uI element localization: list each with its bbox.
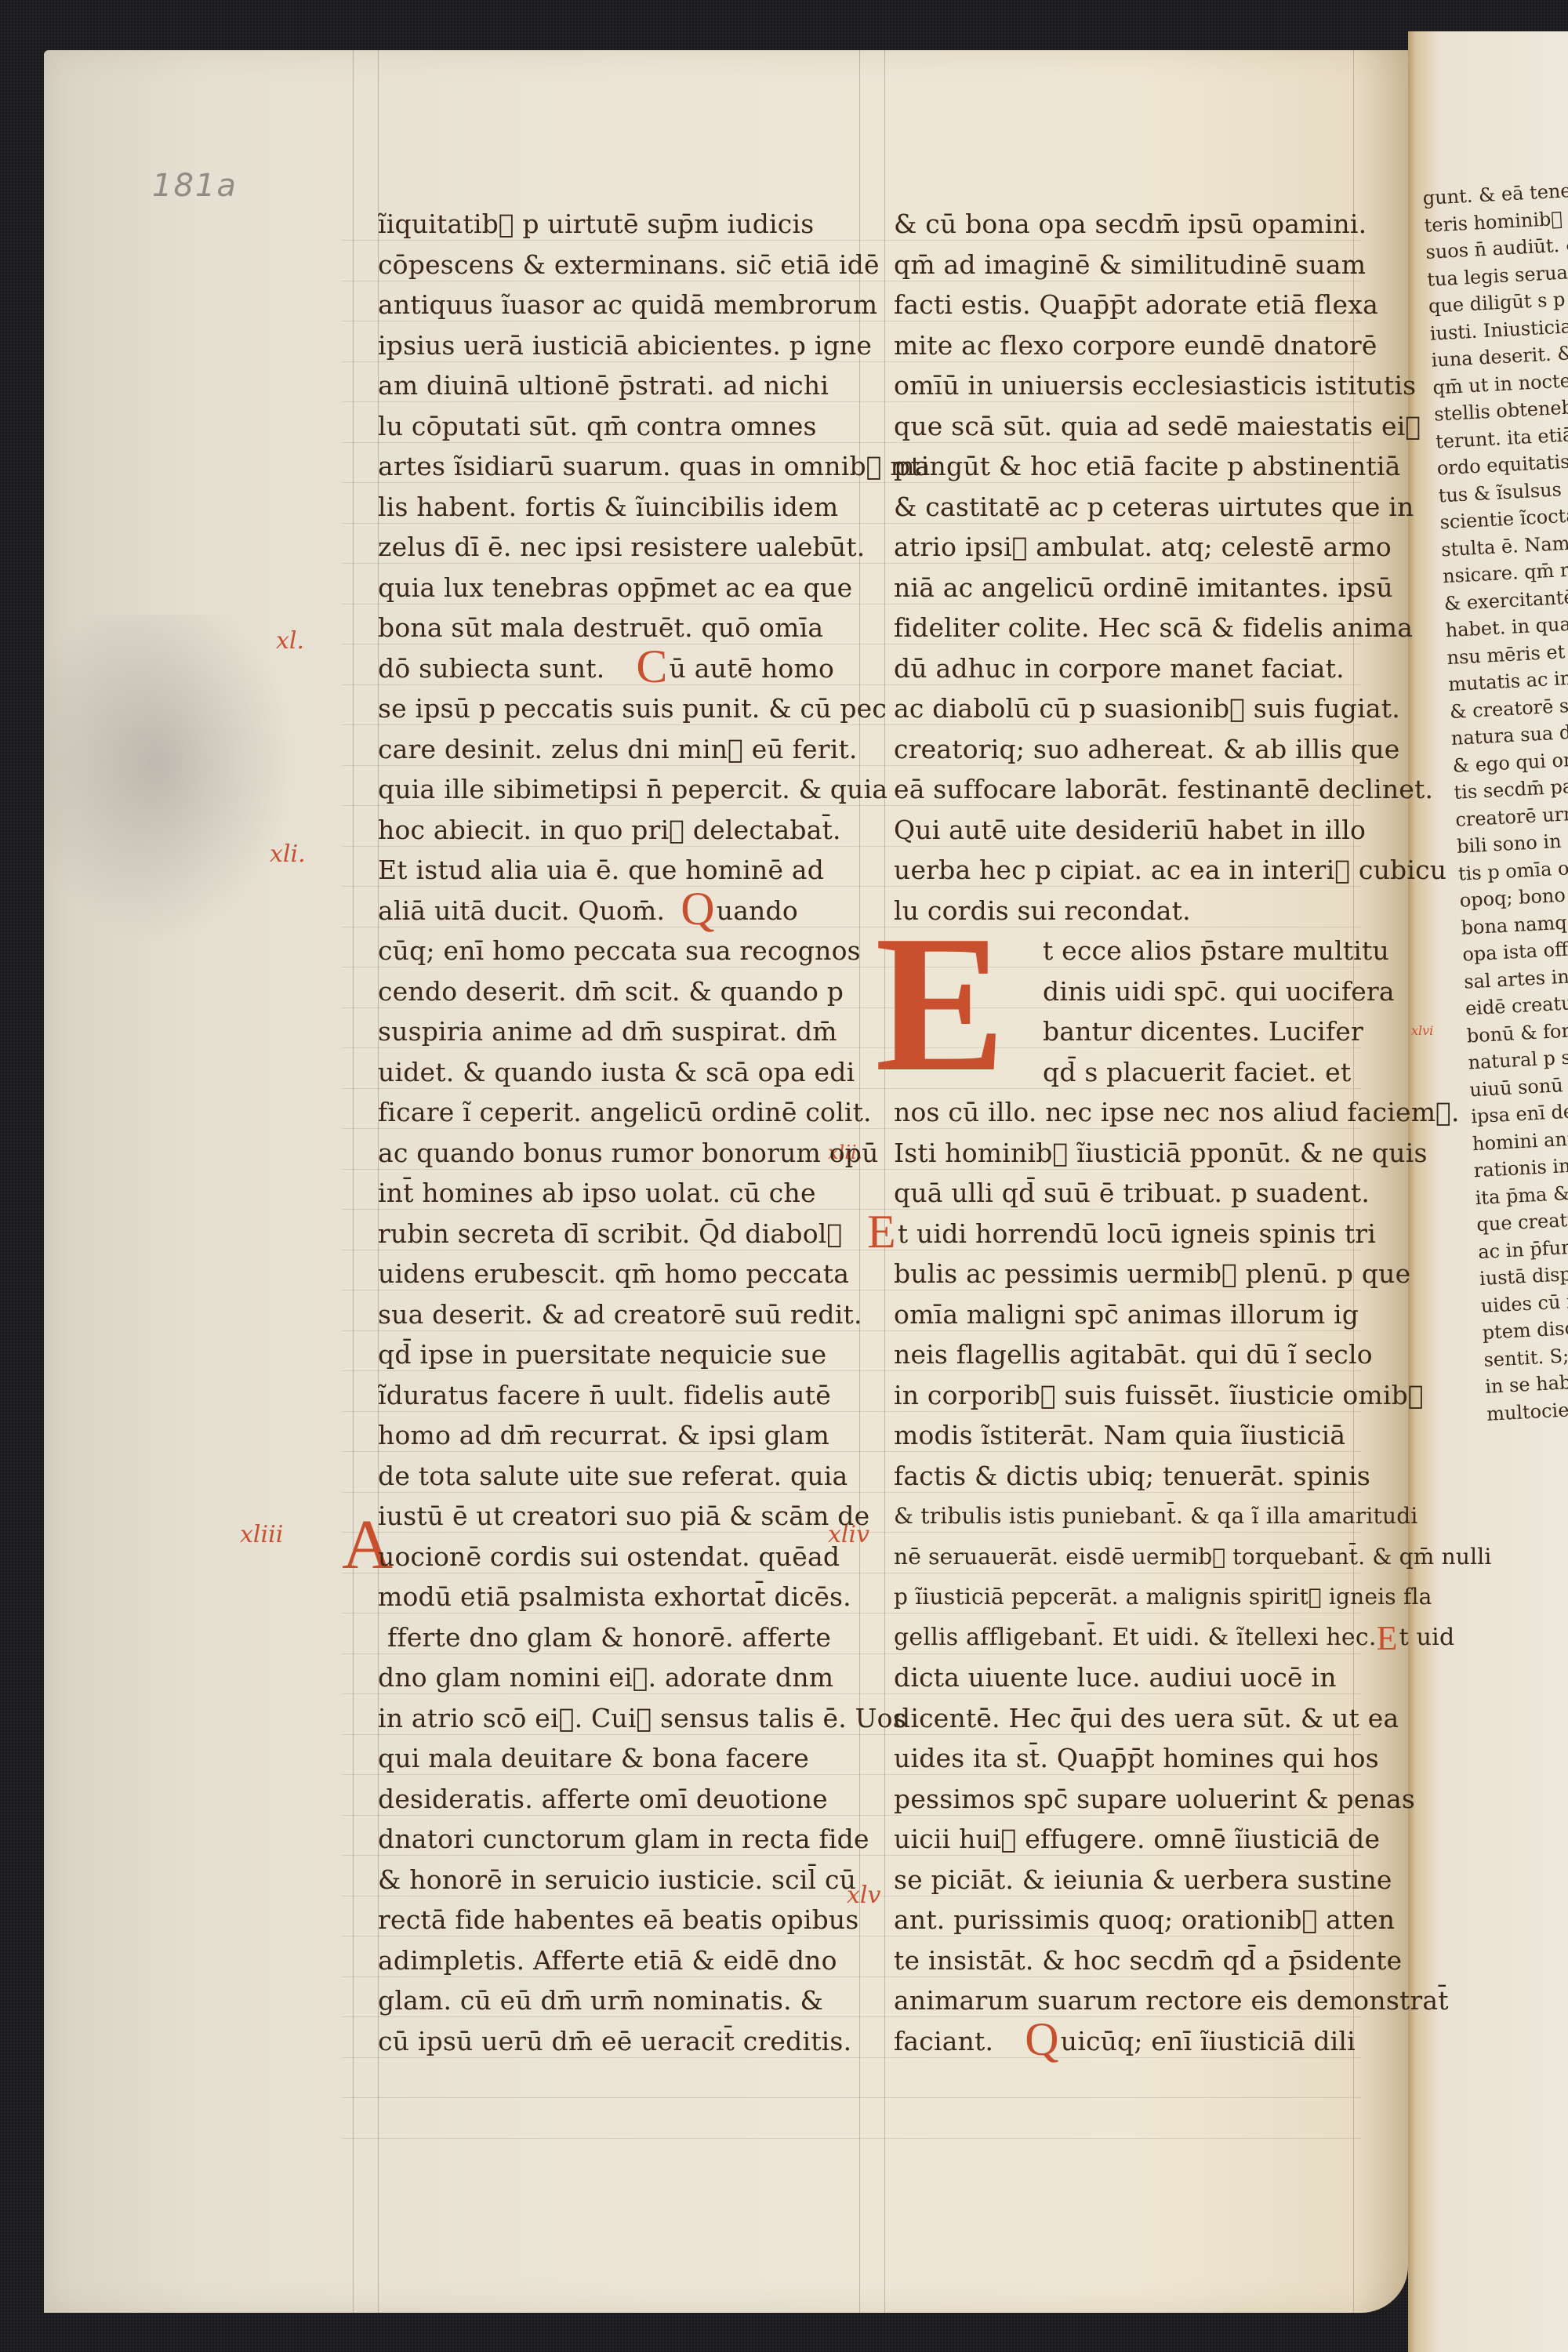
text-line: Qui autē uite desideriū habet in illo [894, 810, 1356, 851]
text-line: rubin secreta dī scribit. Q̄d diabol᷒ [378, 1214, 859, 1254]
text-line: quia lux tenebras opp̄met ac ea que [378, 568, 859, 608]
text-line: uocionē cordis sui ostendat. quēad [378, 1537, 859, 1577]
text-line: se piciāt. & ieiunia & uerbera sustine [894, 1860, 1356, 1900]
text-fragment: uando [717, 895, 798, 926]
text-line: qui mala deuitare & bona facere [378, 1738, 859, 1779]
text-line: pessimos spc̄ supare uoluerint & penas [894, 1779, 1356, 1820]
text-line: hoc abiecit. in quo pri᷒ delectabat̄. [378, 810, 859, 851]
text-line: modis ĩstiterāt. Nam quia ĩiusticiā [894, 1415, 1356, 1456]
text-line: iustū ē ut creatori suo piā & scām de [378, 1496, 859, 1537]
text-line: dinis uidi spc̄. qui uocifera [894, 971, 1356, 1012]
left-column: ĩiquitatib᷒ p uirtutē sup̄m iudiciscōpes… [378, 204, 859, 2061]
ruling-line [353, 50, 354, 2313]
text-line: zelus dī ē. nec ipsi resistere ualebūt. [378, 527, 859, 568]
text-line: dū adhuc in corpore manet faciat. [894, 648, 1356, 689]
text-line: uicii hui᷒ effugere. omnē ĩiusticiā de [894, 1819, 1356, 1860]
text-line: ficare ĩ ceperit. angelicū ordinē colit. [378, 1092, 859, 1133]
text-line: dicta uiuente luce. audiui uocē in [894, 1657, 1356, 1698]
text-line: qm̄ ad imaginē & similitudinē suam [894, 245, 1356, 285]
text-line: rectā fide habentes eā beatis opibus [378, 1900, 859, 1940]
text-line: quia ille sibimetipsi n̄ pepercit. & qui… [378, 769, 859, 810]
text-line: care desinit. zelus dni min᷒ eū ferit. [378, 729, 859, 770]
text-line: dicentē. Hec q̄ui des uera sūt. & ut ea [894, 1698, 1356, 1739]
text-line: dno glam nomini ei᷒. adorate dnm [378, 1657, 859, 1698]
text-line: & tribulis istis puniebant̄. & qa ĩ illa… [894, 1496, 1356, 1537]
text-line: & honorē in seruicio iusticie. scil̄ cū [378, 1860, 859, 1900]
ruling-line [884, 50, 885, 2313]
text-line: ac diabolū cū p suasionib᷒ suis fugiat. [894, 688, 1356, 729]
text-line: neis flagellis agitabāt. qui dū ĩ seclo [894, 1334, 1356, 1375]
ruling-line [342, 2097, 1361, 2098]
text-line: cūq; enī homo peccata sua recognos [378, 931, 859, 971]
text-line: eā suffocare laborāt. festinantē decline… [894, 769, 1356, 810]
text-line: homo ad dm̄ recurrat. & ipsi glam [378, 1415, 859, 1456]
text-line: & castitatē ac p ceteras uirtutes que in [894, 487, 1356, 528]
initial-e: E [867, 1216, 896, 1247]
text-line: antiquus ĩuasor ac quidā membrorum [378, 285, 859, 325]
text-line: gellis affligebant̄. Et uidi. & ĩtellexi… [894, 1617, 1356, 1658]
initial-e-small: E [1377, 1623, 1398, 1654]
text-line: animarum suarum rectore eis demonstrat̄ [894, 1980, 1356, 2021]
text-line: creatoriq; suo adhereat. & ab illis que [894, 729, 1356, 770]
facing-page-text: gunt. & eā tenet. in decteris hominib᷒ a… [1422, 172, 1568, 1428]
text-fragment: t uidi horrendū locū igneis spinis tri [898, 1218, 1376, 1249]
text-line: cū ipsū uerū dm̄ eē ueracit̄ creditis. [378, 2021, 859, 2062]
text-line: nē seruauerāt. eisdē uermib᷒ torquebant̄… [894, 1537, 1356, 1577]
text-line: quā ulli qd̄ suū ē tribuat. p suadent. [894, 1173, 1356, 1214]
text-line: faciant.Quicūq; enī ĩiusticiā dili [894, 2021, 1356, 2062]
marginal-numeral-xli: xli. [270, 840, 306, 868]
text-line: desideratis. afferte omī deuotione [378, 1779, 859, 1820]
text-line: bantur dicentes. Lucifer [894, 1011, 1356, 1052]
text-line: omīū in uniuersis ecclesiasticis istitut… [894, 365, 1356, 406]
text-line: de tota salute uite sue referat. quia [378, 1456, 859, 1497]
text-fragment: ū autē homo [670, 653, 834, 684]
text-line: omīa maligni spc̄ animas illorum ig [894, 1294, 1356, 1335]
text-line: atrio ipsi᷒ ambulat. atq; celestē armo [894, 527, 1356, 568]
text-line: suspiria anime ad dm̄ suspirat. dm̄ [378, 1011, 859, 1052]
text-line: lis habent. fortis & ĩuincibilis idem [378, 487, 859, 528]
text-line: uidens erubescit. qm̄ homo peccata [378, 1254, 859, 1294]
text-line: bona sūt mala destruēt. quō omīa [378, 608, 859, 648]
text-line: facti estis. Quap̄p̄t adorate etiā flexa [894, 285, 1356, 325]
text-line: in corporib᷒ suis fuissēt. ĩiusticie omi… [894, 1375, 1356, 1416]
text-line: cendo deserit. dm̄ scit. & quando p [378, 971, 859, 1012]
text-line: uerba hec p cipiat. ac ea in interi᷒ cub… [894, 850, 1356, 891]
text-line: niā ac angelicū ordinē imitantes. ipsū [894, 568, 1356, 608]
text-fragment: t uid [1399, 1624, 1455, 1651]
text-line: se ipsū p peccatis suis punit. & cū pec [378, 688, 859, 729]
text-line: te insistāt. & hoc secdm̄ qd̄ a p̄sident… [894, 1940, 1356, 1981]
ruling-line [859, 50, 860, 2313]
text-line: artes ĩsidiarū suarum. quas in omnib᷒ ma [378, 446, 859, 487]
text-line: fferte dno glam & honorē. afferte [378, 1617, 859, 1658]
ruling-line [342, 2138, 1361, 2139]
text-line: & cū bona opa secdm̄ ipsū opamini. [894, 204, 1356, 245]
text-line: qd̄ ipse in puersitate nequicie sue [378, 1334, 859, 1375]
text-line: mite ac flexo corpore eundē dnatorē [894, 325, 1356, 366]
marginal-numeral-xliii: xliii [240, 1521, 283, 1548]
marginal-numeral-xlvi: xlvi [1411, 1023, 1433, 1038]
right-column: & cū bona opa secdm̄ ipsū opamini.qm̄ ad… [894, 204, 1356, 2061]
text-line: Isti hominib᷒ ĩiusticiā pponūt. & ne qui… [894, 1133, 1356, 1174]
text-line: nos cū illo. nec ipse nec nos aliud faci… [894, 1092, 1356, 1133]
text-line: Et istud alia uia ē. que hominē ad [378, 850, 859, 891]
text-line: ac quando bonus rumor bonorum opū [378, 1133, 859, 1174]
text-line: dō subiecta sunt.Cū autē homo [378, 648, 859, 689]
text-line: fideliter colite. Hec scā & fidelis anim… [894, 608, 1356, 648]
text-fragment: uicūq; enī ĩiusticiā dili [1061, 2026, 1356, 2056]
text-line: uidet. & quando iusta & scā opa edi [378, 1052, 859, 1093]
text-line: sua deserit. & ad creatorē suū redit. [378, 1294, 859, 1335]
text-line: int̄ homines ab ipso uolat. cū che [378, 1173, 859, 1214]
manuscript-leaf: 181a xl. xli. xlii. xliii xliv xlv E A ĩ… [44, 50, 1408, 2313]
text-line: ĩduratus facere n̄ uult. fidelis autē [378, 1375, 859, 1416]
initial-q: Q [1025, 2024, 1059, 2055]
text-line: lu cordis sui recondat. [894, 891, 1356, 931]
initial-c: C [636, 651, 667, 682]
text-line: qd̄ s placuerit faciet. et [894, 1052, 1356, 1093]
text-line: p ĩiusticiā pepcerāt. a malignis spirit᷒… [894, 1577, 1356, 1617]
text-line: ant. purissimis quoq; orationib᷒ atten [894, 1900, 1356, 1940]
text-line: ĩiquitatib᷒ p uirtutē sup̄m iudicis [378, 204, 859, 245]
water-stain [44, 615, 295, 944]
marginal-numeral-xl: xl. [276, 627, 304, 655]
text-line: cōpescens & exterminans. sic̄ etiā idē [378, 245, 859, 285]
text-line: bulis ac pessimis uermib᷒ plenū. p que [894, 1254, 1356, 1294]
text-line: t ecce alios p̄stare multitu [894, 931, 1356, 971]
folio-number: 181a [152, 168, 238, 204]
text-line: glam. cū eū dm̄ urm̄ nominatis. & [378, 1980, 859, 2021]
text-line: uides ita st̄. Quap̄p̄t homines qui hos [894, 1738, 1356, 1779]
initial-q: Q [681, 893, 715, 924]
text-line: lu cōputati sūt. qm̄ contra omnes [378, 406, 859, 447]
text-line: modū etiā psalmista exhortat̄ dicēs. [378, 1577, 859, 1617]
text-line: ptingūt & hoc etiā facite p abstinentiā [894, 446, 1356, 487]
text-line: factis & dictis ubiq; tenuerāt. spinis [894, 1456, 1356, 1497]
text-line: in atrio scō ei᷒. Cui᷒ sensus talis ē. U… [378, 1698, 859, 1739]
text-line: dnatori cunctorum glam in recta fide [378, 1819, 859, 1860]
text-line: am diuinā ultionē p̄strati. ad nichi [378, 365, 859, 406]
text-line: ipsius uerā iusticiā abicientes. p igne [378, 325, 859, 366]
text-line: Et uidi horrendū locū igneis spinis tri [894, 1214, 1356, 1254]
text-line: que scā sūt. quia ad sedē maiestatis ei᷒ [894, 406, 1356, 447]
text-line: adimpletis. Afferte etiā & eidē dno [378, 1940, 859, 1981]
text-line: aliā uitā ducit. Quom̄.Quando [378, 891, 859, 931]
